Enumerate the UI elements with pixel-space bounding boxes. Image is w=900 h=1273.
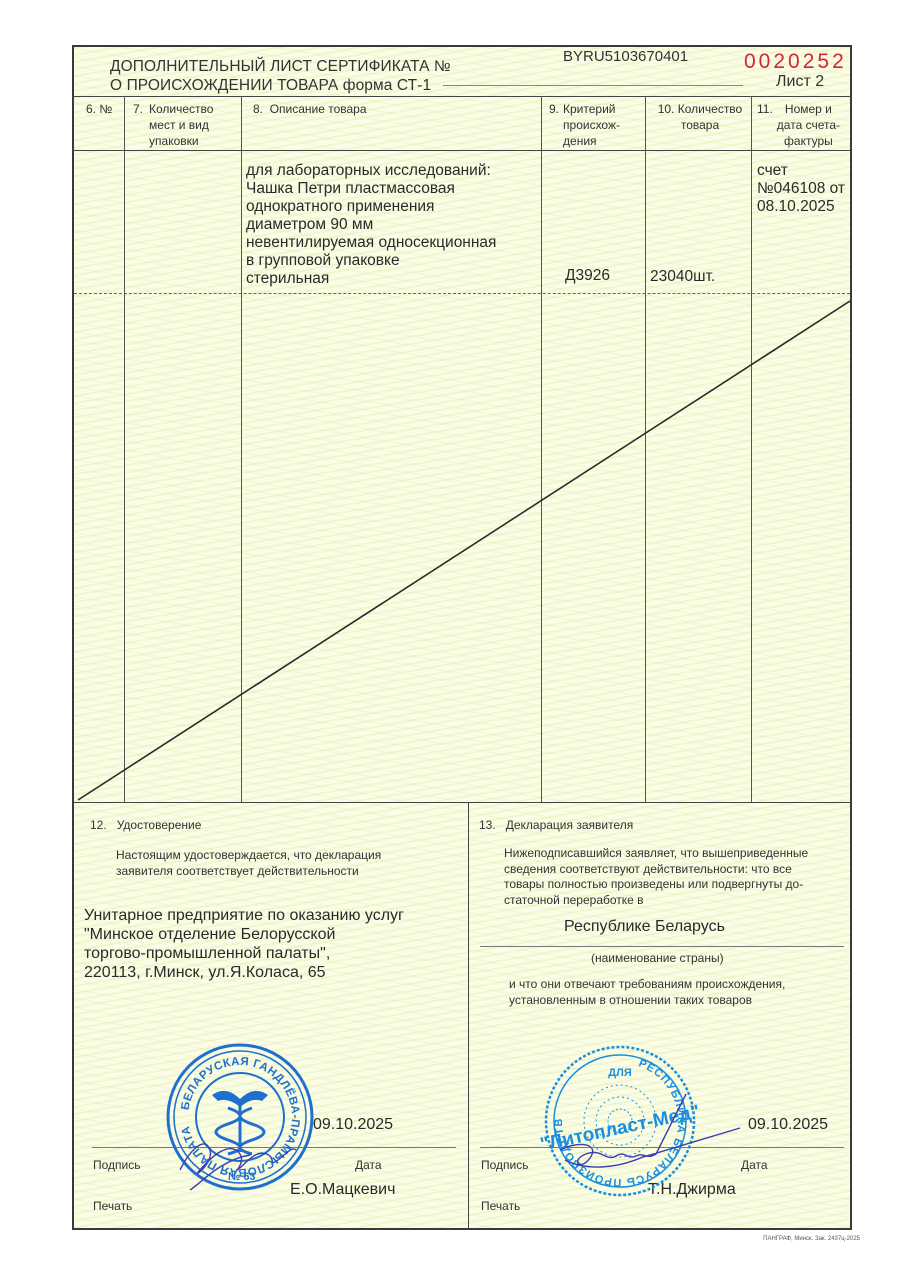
certificate-id-underline <box>443 85 743 86</box>
section13-closing: и что они отвечают требованиям происхожд… <box>509 977 785 1008</box>
col-divider-10-11 <box>751 96 752 802</box>
country-caption: (наименование страны) <box>591 951 724 967</box>
form-title-line2: О ПРОИСХОЖДЕНИИ ТОВАРА форма СТ-1 <box>110 76 451 95</box>
col-divider-9-10 <box>645 96 646 802</box>
section13-statement: Нижеподписавшийся заявляет, что вышеприв… <box>504 846 808 908</box>
goods-description: для лабораторных исследований: Чашка Пет… <box>246 162 496 288</box>
section12-signer: Е.О.Мацкевич <box>290 1180 395 1199</box>
sheet-number: Лист 2 <box>776 73 824 91</box>
section12-date: 09.10.2025 <box>313 1115 393 1134</box>
goods-quantity: 23040шт. <box>650 268 715 286</box>
col-divider-8-9 <box>541 96 542 802</box>
section13-signature-line <box>480 1147 844 1148</box>
section12-heading: 12. Удостоверение <box>90 818 201 834</box>
section13-signer: Т.Н.Джирма <box>648 1180 736 1199</box>
form-title: ДОПОЛНИТЕЛЬНЫЙ ЛИСТ СЕРТИФИКАТА № О ПРОИ… <box>110 57 451 95</box>
serial-number: 0020252 <box>744 50 847 74</box>
col-header-quantity: 10. Количествотовара <box>651 101 749 133</box>
col-header-invoice: 11. Номер идата счета-фактуры <box>757 101 840 149</box>
certificate-id: BYRU5103670401 <box>563 48 688 65</box>
section12-signature-label: Подпись <box>93 1158 141 1172</box>
section12-seal-label: Печать <box>93 1199 132 1213</box>
col-header-packages: 7. Количествомест и видупаковки <box>133 101 213 149</box>
certifying-organization: Унитарное предприятие по оказанию услуг … <box>84 906 404 982</box>
section12-statement: Настоящим удостоверждается, что декларац… <box>116 848 381 879</box>
section13-date: 09.10.2025 <box>748 1115 828 1134</box>
col-header-number: 6. № <box>86 101 112 117</box>
section13-heading: 13. Декларация заявителя <box>479 818 633 834</box>
section13-date-label: Дата <box>741 1158 768 1172</box>
header-divider <box>72 96 852 97</box>
sections-divider <box>468 802 469 1230</box>
section12-signature-line <box>92 1147 456 1148</box>
column-header-divider <box>72 150 852 151</box>
col-divider-7-8 <box>241 96 242 802</box>
invoice-reference: счет №046108 от 08.10.2025 <box>757 162 845 216</box>
section13-signature-label: Подпись <box>481 1158 529 1172</box>
col-divider-6-7 <box>124 96 125 802</box>
table-bottom-divider <box>72 802 852 803</box>
printer-note: ПАНГРАФ, Минск. Зак. 2437ц-2025 <box>763 1236 860 1242</box>
origin-criterion: Д3926 <box>565 267 610 285</box>
form-title-line1: ДОПОЛНИТЕЛЬНЫЙ ЛИСТ СЕРТИФИКАТА № <box>110 57 451 76</box>
section13-seal-label: Печать <box>481 1199 520 1213</box>
row-dashed-divider <box>74 293 850 294</box>
section12-date-label: Дата <box>355 1158 382 1172</box>
origin-country: Республике Беларусь <box>564 917 725 936</box>
country-line <box>480 946 844 947</box>
col-header-description: 8. Описание товара <box>253 101 367 117</box>
col-header-origin-criterion: 9. Критерийпроисхож-дения <box>549 101 620 149</box>
